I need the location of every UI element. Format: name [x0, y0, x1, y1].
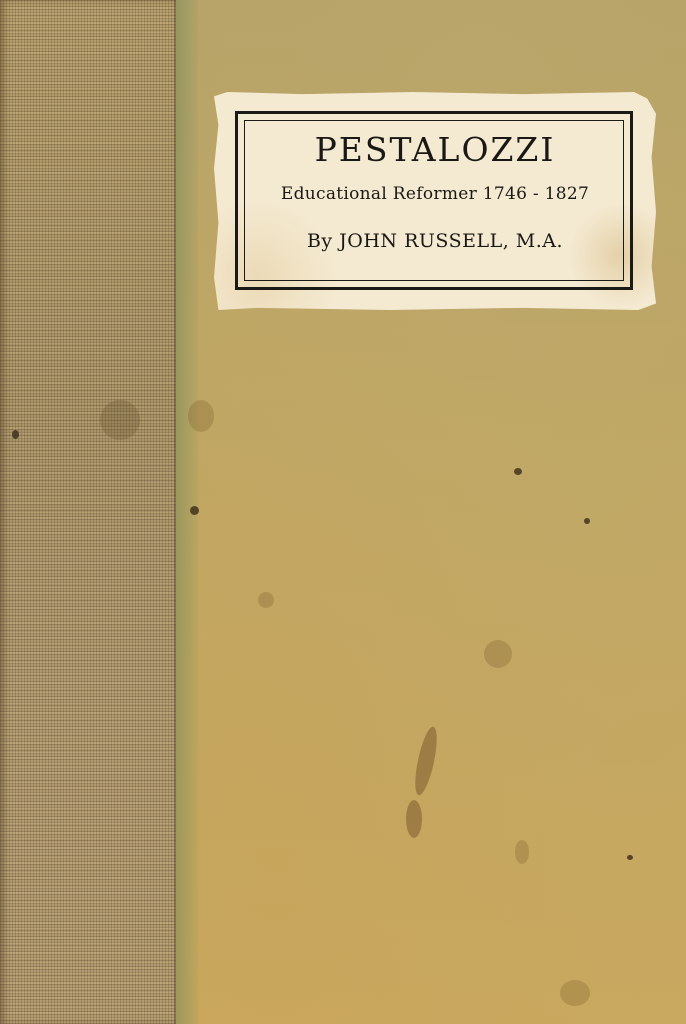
speck-mark [627, 855, 633, 860]
stain-mark [515, 840, 529, 864]
speck-mark [584, 518, 590, 524]
book-author: By JOHN RUSSELL, M.A. [214, 230, 656, 252]
stain-mark [411, 725, 441, 797]
stain-mark [100, 400, 140, 440]
speck-mark [514, 468, 522, 475]
cloth-spine [0, 0, 176, 1024]
stain-mark [484, 640, 512, 668]
book-cover: PESTALOZZI Educational Reformer 1746 - 1… [0, 0, 686, 1024]
stain-mark [258, 592, 274, 608]
speck-mark [190, 506, 199, 515]
title-label: PESTALOZZI Educational Reformer 1746 - 1… [214, 92, 656, 310]
book-subtitle: Educational Reformer 1746 - 1827 [214, 184, 656, 204]
stain-mark [188, 400, 214, 432]
speck-mark [12, 430, 19, 439]
stain-mark [406, 800, 422, 838]
stain-mark [560, 980, 590, 1006]
book-title: PESTALOZZI [214, 130, 656, 169]
